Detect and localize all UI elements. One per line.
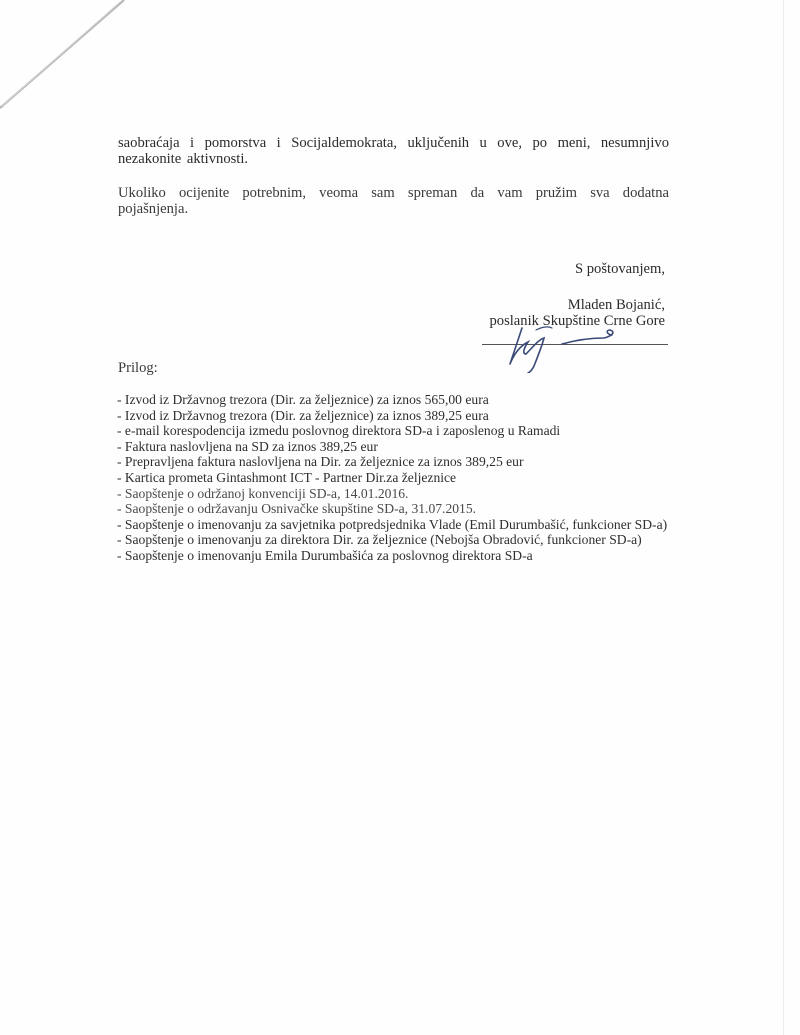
signer-name: Mladen Bojanić, [568,297,665,313]
attachment-item: - Izvod iz Državnog trezora (Dir. za žel… [117,392,677,408]
attachment-item: - Izvod iz Državnog trezora (Dir. za žel… [117,408,677,424]
paragraph-offer: Ukoliko ocijenite potrebnim, veoma sam s… [118,185,669,217]
scan-edge-line [783,0,784,1035]
attachment-item: - Kartica prometa Gintashmont ICT - Part… [117,470,677,486]
attachments-list: - Izvod iz Državnog trezora (Dir. za žel… [117,392,677,564]
attachment-item: - Saopštenje o održavanju Osnivačke skup… [117,501,677,517]
attachment-item: - e-mail korespodencija izmedu poslovnog… [117,423,677,439]
signature-line [482,344,668,345]
attachment-item: - Saopštenje o održanoj konvenciji SD-a,… [117,486,677,502]
signer-title: poslanik Skupštine Crne Gore [489,313,665,329]
closing-greeting: S poštovanjem, [575,261,665,277]
attachment-item: - Faktura naslovljena na SD za iznos 389… [117,439,677,455]
attachment-item: - Prepravljena faktura naslovljena na Di… [117,454,677,470]
attachment-item: - Saopštenje o imenovanju za direktora D… [117,532,677,548]
attachments-heading: Prilog: [118,360,158,376]
attachment-item: - Saopštenje o imenovanju Emila Durumbaš… [117,548,677,564]
paragraph-continuation: saobraćaja i pomorstva i Socijaldemokrat… [118,135,669,167]
attachment-item: - Saopštenje o imenovanju za savjetnika … [117,517,677,533]
scanned-letter-page: saobraćaja i pomorstva i Socijaldemokrat… [0,0,800,1035]
page-fold-crease [0,0,140,112]
